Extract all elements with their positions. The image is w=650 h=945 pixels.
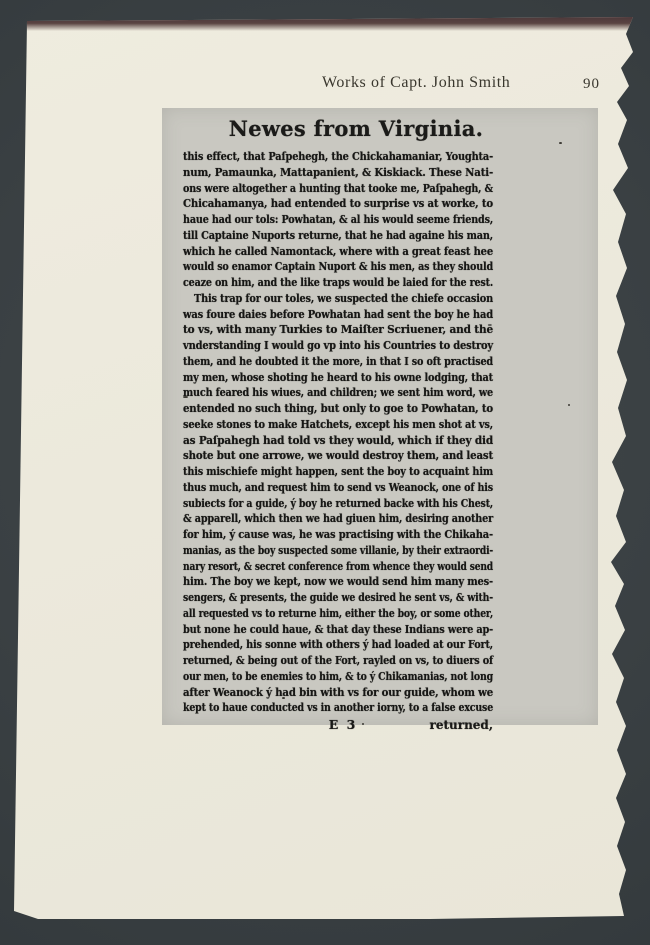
facsimile-line: sengers, & presents, the guide we desire… bbox=[183, 589, 493, 605]
facsimile-line: to vs, with many Turkies to Maiſter Scri… bbox=[183, 321, 493, 337]
facsimile-line: this effect, that Paſpehegh, the Chickah… bbox=[183, 148, 493, 164]
facsimile-line: seeke stones to make Hatchets, except hi… bbox=[183, 416, 493, 432]
page-number: 90 bbox=[583, 76, 600, 93]
paper-speck bbox=[559, 142, 562, 144]
facsimile-line: was foure daies before Powhatan had sent… bbox=[183, 306, 493, 322]
facsimile-line: him. The boy we kept, now we would send … bbox=[183, 573, 493, 589]
facsimile-line: for him, ý cause was, he was practising … bbox=[183, 526, 493, 542]
facsimile-line: This trap for our toles, we suspected th… bbox=[183, 290, 493, 306]
facsimile-line: entended no such thing, but only to goe … bbox=[183, 400, 493, 416]
facsimile-title: Newes from Virginia. bbox=[201, 116, 511, 141]
facsimile-line: manias, as the boy suspected some villan… bbox=[183, 542, 493, 558]
signature-line: E 3 returned, bbox=[183, 716, 493, 733]
facsimile-line: all requested vs to returne him, either … bbox=[183, 605, 493, 621]
facsimile-line: shote but one arrowe, we would destroy t… bbox=[183, 447, 493, 463]
facsimile-line: nary resort, & secret conference from wh… bbox=[183, 558, 493, 574]
facsimile-line: them, and he doubted it the more, in tha… bbox=[183, 353, 493, 369]
paper-speck bbox=[282, 697, 285, 699]
facsimile-line: haue had our tols: Powhatan, & al his wo… bbox=[183, 211, 493, 227]
book-page: Works of Capt. John Smith 90 Newes from … bbox=[0, 0, 650, 945]
facsimile-line: my men, whose shoting he heard to his ow… bbox=[183, 369, 493, 385]
paper-speck bbox=[568, 404, 570, 406]
facsimile-line: prehended, his sonne with others ý had l… bbox=[183, 636, 493, 652]
facsimile-line: would so enamor Captain Nuport & his men… bbox=[183, 258, 493, 274]
facsimile-line: our men, to be enemies to him, & to ý Ch… bbox=[183, 668, 493, 684]
paper-speck bbox=[362, 723, 364, 725]
facsimile-scan: Newes from Virginia. this effect, that P… bbox=[162, 108, 598, 725]
paper-speck bbox=[183, 396, 188, 398]
running-header: Works of Capt. John Smith bbox=[322, 74, 522, 92]
facsimile-line: after Weanock ý had bin with vs for our … bbox=[183, 684, 493, 700]
facsimile-line: ceaze on him, and the like traps would b… bbox=[183, 274, 493, 290]
facsimile-line: & apparell, which then we had giuen him,… bbox=[183, 510, 493, 526]
facsimile-line: thus much, and request him to send vs We… bbox=[183, 479, 493, 495]
facsimile-line: but none he could haue, & that day these… bbox=[183, 621, 493, 637]
facsimile-text-column: Newes from Virginia. this effect, that P… bbox=[183, 116, 493, 733]
facsimile-line: as Paſpahegh had told vs they would, whi… bbox=[183, 432, 493, 448]
facsimile-line: much feared his wiues, and children; we … bbox=[183, 384, 493, 400]
facsimile-line: which he called Namontack, where with a … bbox=[183, 243, 493, 259]
page-top-edge-shadow bbox=[0, 17, 650, 31]
facsimile-line: till Captaine Nuports returne, that he h… bbox=[183, 227, 493, 243]
facsimile-line: vnderstanding I would go vp into his Cou… bbox=[183, 337, 493, 353]
facsimile-line: num, Pamaunka, Mattapanient, & Kiskiack.… bbox=[183, 164, 493, 180]
facsimile-line: subiects for a guide, ý boy he returned … bbox=[183, 495, 493, 511]
facsimile-line: this mischiefe might happen, sent the bo… bbox=[183, 463, 493, 479]
catchword: returned, bbox=[430, 718, 493, 732]
signature-mark: E 3 bbox=[329, 717, 358, 732]
facsimile-line: ons were altogether a hunting that tooke… bbox=[183, 180, 493, 196]
facsimile-line: kept to haue conducted vs in another ior… bbox=[183, 699, 493, 715]
facsimile-line: Chicahamanya, had entended to surprise v… bbox=[183, 195, 493, 211]
facsimile-line: returned, & being out of the Fort, rayle… bbox=[183, 652, 493, 668]
facsimile-body: this effect, that Paſpehegh, the Chickah… bbox=[183, 148, 493, 715]
